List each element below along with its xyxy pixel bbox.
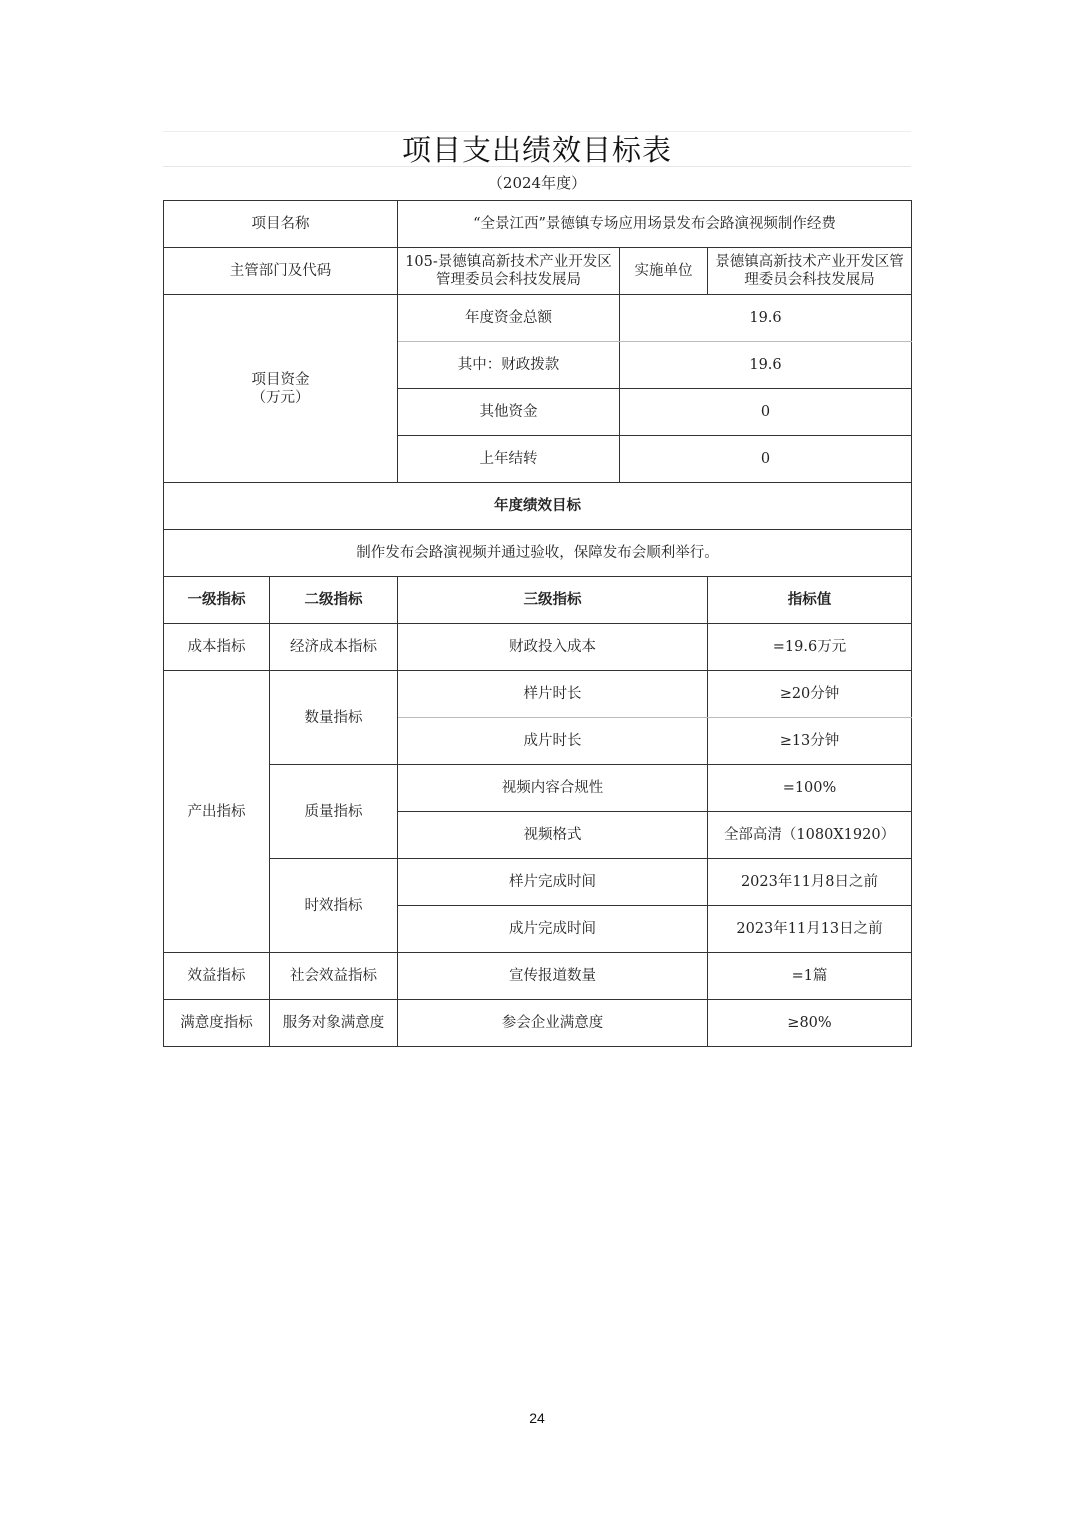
indicator-value: 全部高清（1080X1920） [708, 812, 912, 859]
indicator-level3: 视频内容合规性 [398, 765, 708, 812]
indicator-level3: 视频格式 [398, 812, 708, 859]
page-title: 项目支出绩效目标表 [163, 131, 911, 167]
annual-goal-text: 制作发布会路演视频并通过验收，保障发布会顺利举行。 [164, 530, 912, 577]
header-level2: 二级指标 [270, 577, 398, 624]
implementing-unit-label: 实施单位 [620, 248, 708, 295]
funds-label: 项目资金 [166, 371, 395, 389]
fund-row-value: 0 [620, 389, 912, 436]
indicator-value: 2023年11月8日之前 [708, 859, 912, 906]
benefit-level1: 效益指标 [164, 953, 270, 1000]
quantity-level2: 数量指标 [270, 671, 398, 765]
page-subtitle: （2024年度） [163, 166, 911, 200]
benefit-value: =1篇 [708, 953, 912, 1000]
fund-row-label: 上年结转 [398, 436, 620, 483]
cost-level2: 经济成本指标 [270, 624, 398, 671]
satisfaction-level2: 服务对象满意度 [270, 1000, 398, 1047]
indicator-value: =100% [708, 765, 912, 812]
fund-row-label: 年度资金总额 [398, 295, 620, 342]
cost-level1: 成本指标 [164, 624, 270, 671]
indicator-level3: 成片完成时间 [398, 906, 708, 953]
department-label: 主管部门及代码 [164, 248, 398, 295]
implementing-unit-value: 景德镇高新技术产业开发区管理委员会科技发展局 [708, 248, 912, 295]
satisfaction-value: ≥80% [708, 1000, 912, 1047]
timeliness-level2: 时效指标 [270, 859, 398, 953]
header-value: 指标值 [708, 577, 912, 624]
fund-row-value: 19.6 [620, 342, 912, 389]
performance-target-table: 项目名称 “全景江西”景德镇专场应用场景发布会路演视频制作经费 主管部门及代码 … [163, 200, 912, 1047]
indicator-level3: 样片时长 [398, 671, 708, 718]
indicator-level3: 样片完成时间 [398, 859, 708, 906]
project-name-value: “全景江西”景德镇专场应用场景发布会路演视频制作经费 [398, 201, 912, 248]
header-level1: 一级指标 [164, 577, 270, 624]
indicator-level3: 成片时长 [398, 718, 708, 765]
cost-value: =19.6万元 [708, 624, 912, 671]
indicator-value: ≥20分钟 [708, 671, 912, 718]
fund-row-value: 19.6 [620, 295, 912, 342]
header-level3: 三级指标 [398, 577, 708, 624]
fund-row-label: 其他资金 [398, 389, 620, 436]
benefit-level3: 宣传报道数量 [398, 953, 708, 1000]
indicator-value: ≥13分钟 [708, 718, 912, 765]
cost-level3: 财政投入成本 [398, 624, 708, 671]
satisfaction-level1: 满意度指标 [164, 1000, 270, 1047]
annual-goal-header: 年度绩效目标 [164, 483, 912, 530]
fund-row-label: 其中：财政拨款 [398, 342, 620, 389]
quality-level2: 质量指标 [270, 765, 398, 859]
project-funds-label: 项目资金 （万元） [164, 295, 398, 483]
funds-unit: （万元） [166, 389, 395, 407]
project-name-label: 项目名称 [164, 201, 398, 248]
department-value: 105-景德镇高新技术产业开发区管理委员会科技发展局 [398, 248, 620, 295]
page-number: 24 [0, 1410, 1074, 1426]
indicator-value: 2023年11月13日之前 [708, 906, 912, 953]
fund-row-value: 0 [620, 436, 912, 483]
satisfaction-level3: 参会企业满意度 [398, 1000, 708, 1047]
output-level1: 产出指标 [164, 671, 270, 953]
benefit-level2: 社会效益指标 [270, 953, 398, 1000]
